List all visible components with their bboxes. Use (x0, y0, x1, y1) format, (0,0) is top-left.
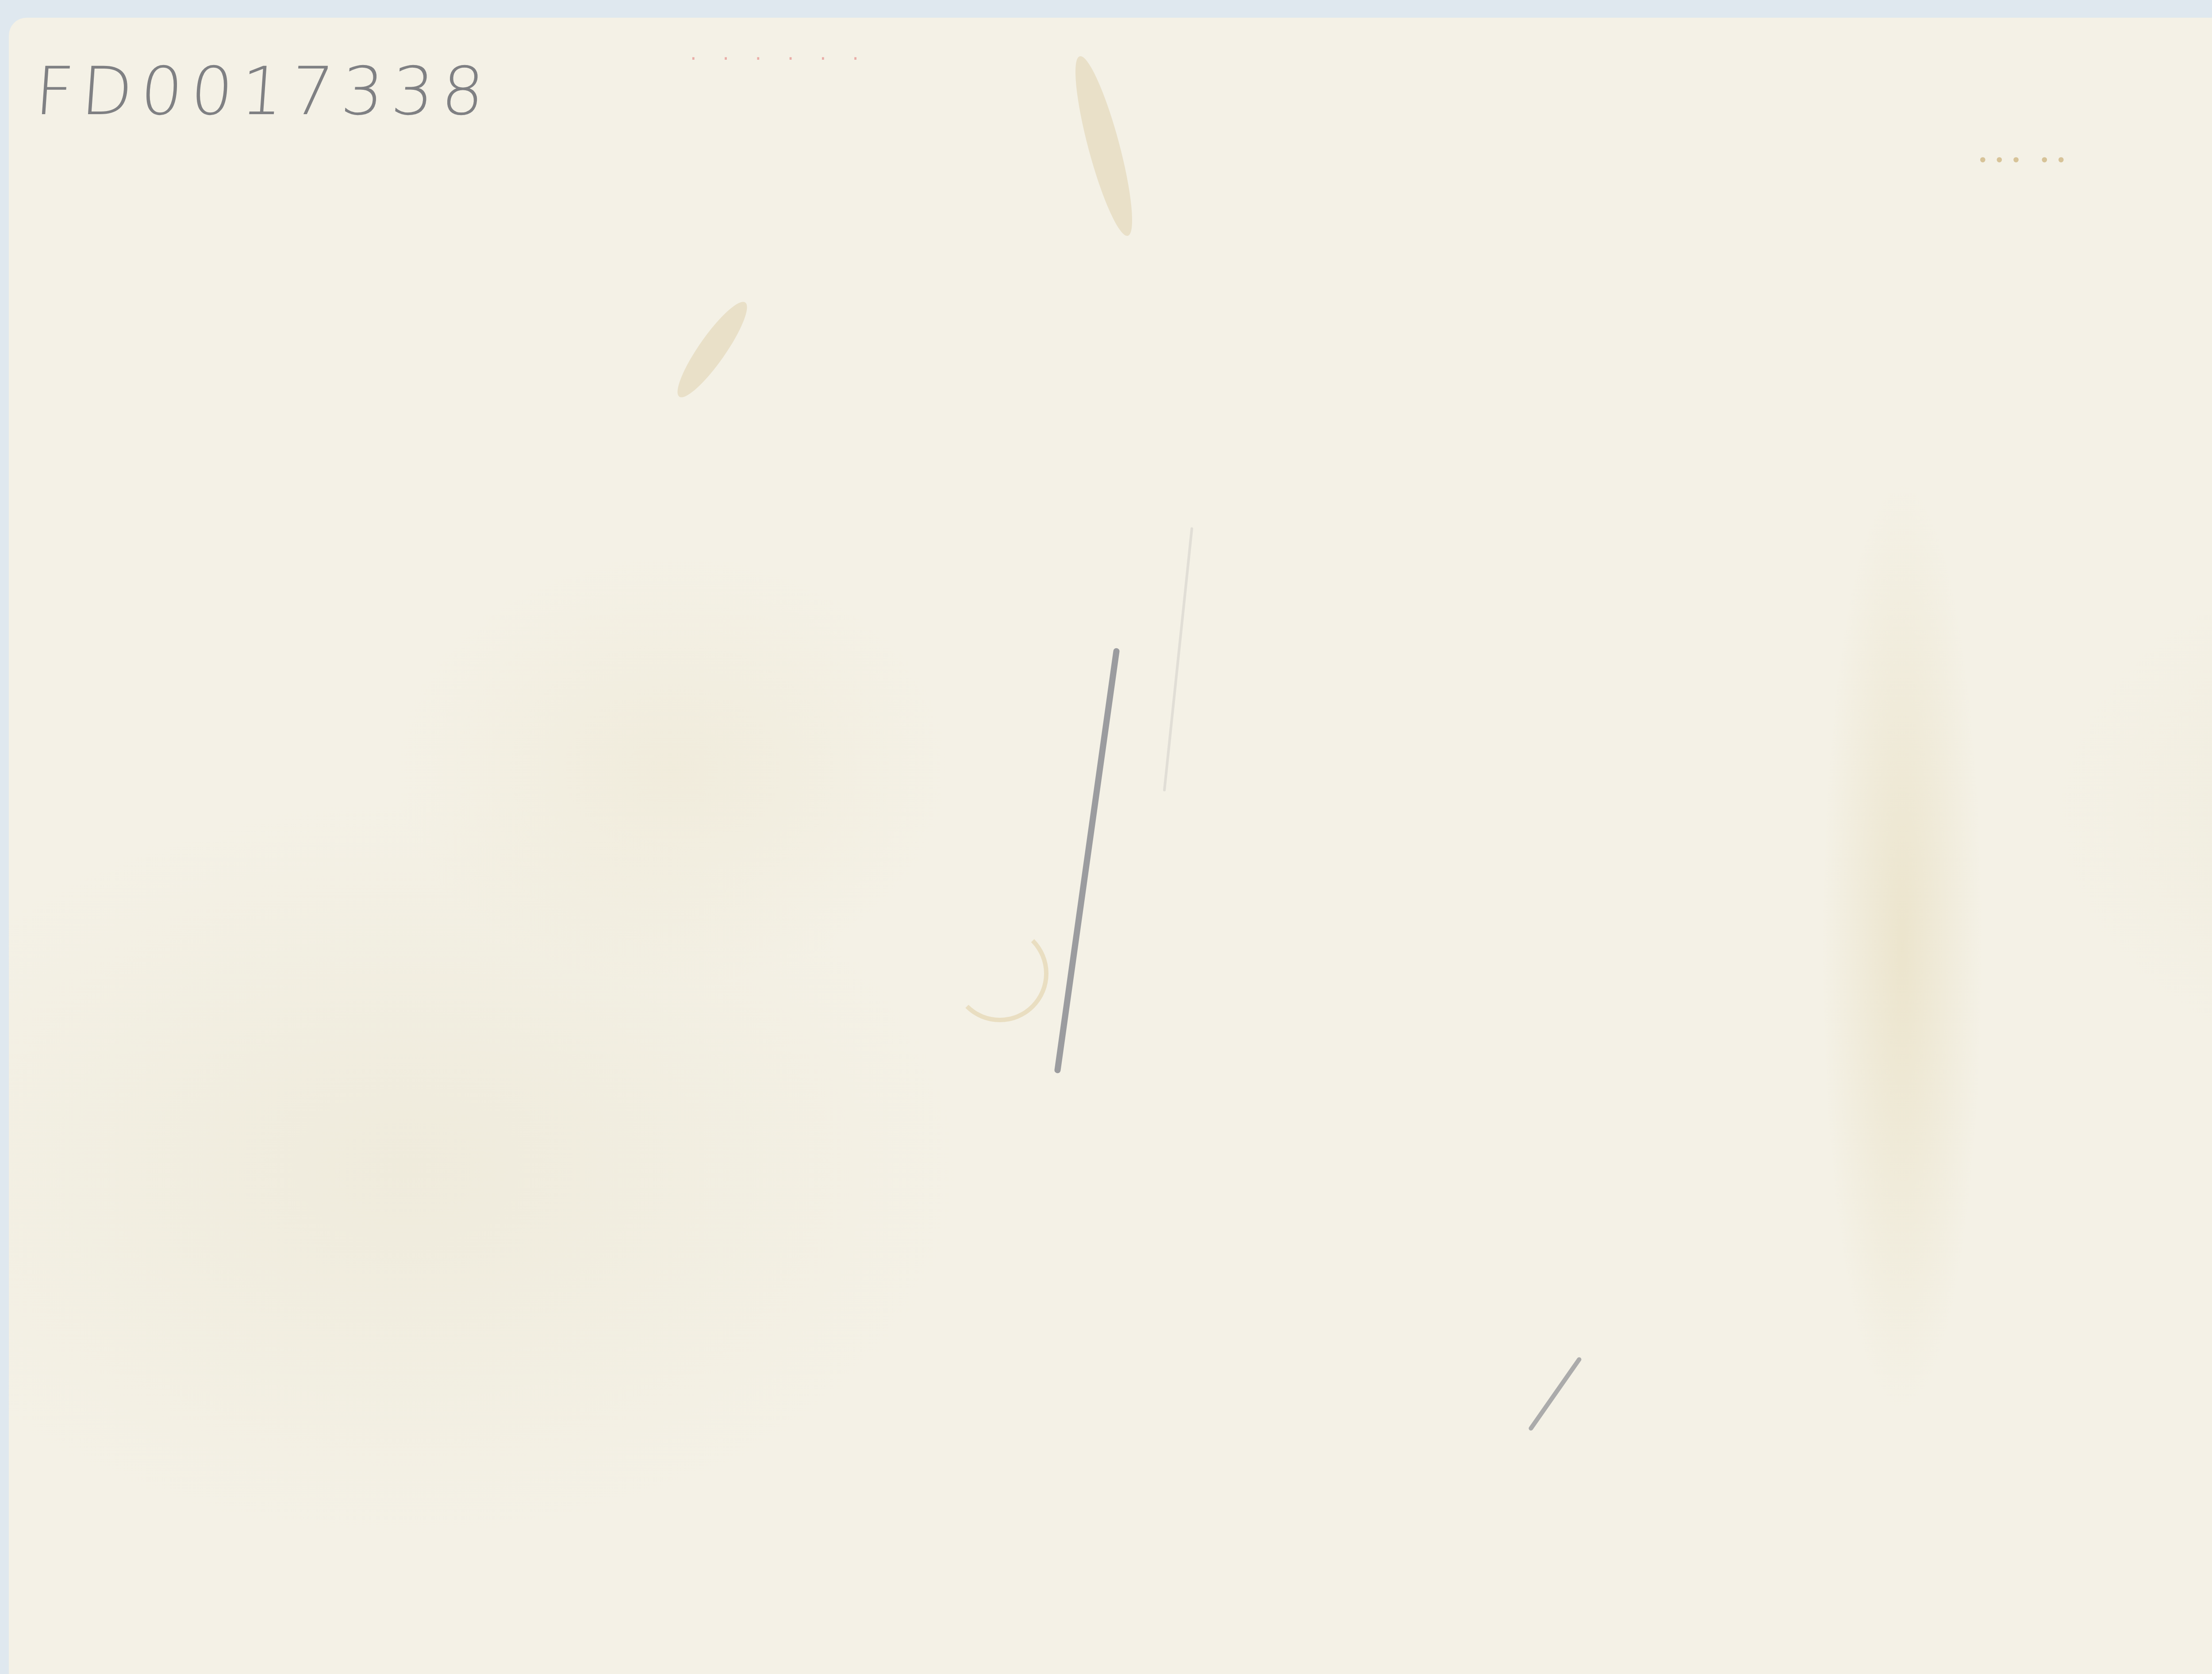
age-stain (668, 295, 756, 404)
accession-number: FD0017338 (33, 53, 495, 130)
show-through-stain-marks: ••• •• (1978, 150, 2073, 171)
age-stain-ring (951, 925, 1048, 1022)
photo-back-card: FD0017338 Kos. 86 G. 658 · · · · · · ' '… (9, 18, 2212, 1674)
faded-red-marks-top: · · · · · · (690, 46, 868, 70)
pencil-stroke (1054, 648, 1120, 1074)
age-stain (1065, 52, 1143, 240)
faint-pencil-stroke (1163, 527, 1194, 791)
pencil-stroke-small (1528, 1356, 1582, 1432)
